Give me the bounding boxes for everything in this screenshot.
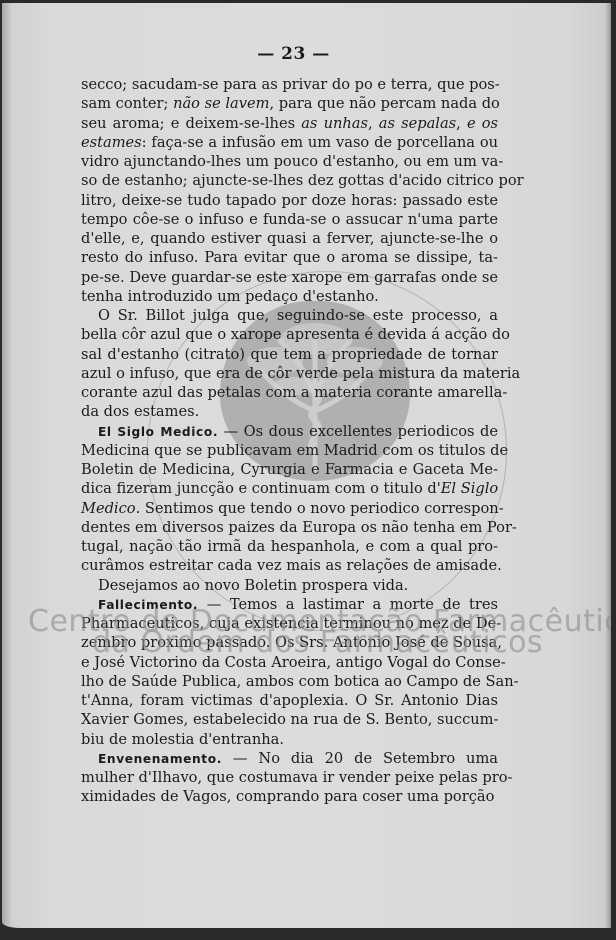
text-run: bella côr azul que o xarope apresenta é … <box>81 326 510 343</box>
article-body: secco; sacudam-se para as privar do po e… <box>81 75 498 807</box>
section-heading: Envenenamento. <box>98 752 222 766</box>
book-page: — 23 — secco; sacudam-se para as privar … <box>2 3 611 928</box>
text-run: mulher d'Ilhavo, que costumava ir vender… <box>81 769 512 786</box>
text-line: bella côr azul que o xarope apresenta é … <box>81 325 498 344</box>
text-line: Boletin de Medicina, Cyrurgia e Farmacia… <box>81 460 498 479</box>
text-run: — Os dous excellentes periodicos de <box>218 423 498 440</box>
text-run: sam conter; <box>81 95 173 112</box>
text-run: Medicina que se publicavam em Madrid com… <box>81 442 508 459</box>
text-run: pe-se. Deve guardar-se este xarope em ga… <box>81 269 498 286</box>
text-run: tenha introduzido um pedaço d'estanho. <box>81 288 379 305</box>
paragraph-boletin-wish: Desejamos ao novo Boletin prospera vida. <box>81 576 498 595</box>
text-run: , para que não percam nada do <box>269 95 499 112</box>
section-heading: El Siglo Medico. <box>98 425 218 439</box>
text-run: O Sr. Billot julga que, seguindo-se este… <box>98 307 498 324</box>
text-run: sal d'estanho (citrato) que tem a propri… <box>81 346 498 363</box>
text-line: t'Anna, foram victimas d'apoplexia. O Sr… <box>81 691 498 710</box>
text-line: Xavier Gomes, estabelecido na rua de S. … <box>81 710 498 729</box>
text-run: ximidades de Vagos, comprando para coser… <box>81 788 494 805</box>
page-edge-shadow <box>605 3 611 928</box>
text-run: dentes em diversos paizes da Europa os n… <box>81 519 517 536</box>
paragraph-envenenamento: Envenenamento. — No dia 20 de Setembro u… <box>81 749 498 807</box>
italic-text: as sepalas <box>379 115 456 132</box>
text-run: lho de Saúde Publica, ambos com botica a… <box>81 673 519 690</box>
text-line: Desejamos ao novo Boletin prospera vida. <box>81 576 498 595</box>
text-line: resto do infuso. Para evitar que o aroma… <box>81 248 498 267</box>
text-line: biu de molestia d'entranha. <box>81 730 498 749</box>
page-text: — 23 — secco; sacudam-se para as privar … <box>81 45 498 807</box>
text-line: Medico. Sentimos que tendo o novo period… <box>81 499 498 518</box>
text-line: sam conter; não se lavem, para que não p… <box>81 94 498 113</box>
text-line: sal d'estanho (citrato) que tem a propri… <box>81 345 498 364</box>
text-line: corante azul das petalas com a materia c… <box>81 383 498 402</box>
text-run: dica fizeram juncção e continuam com o t… <box>81 480 441 497</box>
text-run: litro, deixe-se tudo tapado por doze hor… <box>81 192 498 209</box>
italic-text: estames <box>81 134 142 151</box>
text-run: tempo côe-se o infuso e funda-se o assuc… <box>81 211 498 228</box>
text-line: secco; sacudam-se para as privar do po e… <box>81 75 498 94</box>
italic-text: as unhas <box>301 115 368 132</box>
text-line: lho de Saúde Publica, ambos com botica a… <box>81 672 498 691</box>
page-number: — 23 — <box>89 45 498 75</box>
text-line: d'elle, e, quando estiver quasi a ferver… <box>81 229 498 248</box>
watermark-text-line-2: da Ordem dos Farmacêuticos <box>92 625 543 660</box>
text-line: ximidades de Vagos, comprando para coser… <box>81 787 498 806</box>
italic-text: e os <box>467 115 498 132</box>
text-line: tenha introduzido um pedaço d'estanho. <box>81 287 498 306</box>
text-line: curâmos estreitar cada vez mais as relaç… <box>81 556 498 575</box>
text-line: vidro ajunctando-lhes um pouco d'estanho… <box>81 152 498 171</box>
italic-text: Medico <box>81 500 136 517</box>
text-line: litro, deixe-se tudo tapado por doze hor… <box>81 191 498 210</box>
italic-text: El Siglo <box>441 480 498 497</box>
text-line: tugal, nação tão irmã da hespanhola, e c… <box>81 537 498 556</box>
text-line: Medicina que se publicavam em Madrid com… <box>81 441 498 460</box>
text-run: vidro ajunctando-lhes um pouco d'estanho… <box>81 153 503 170</box>
text-run: so de estanho; ajuncte-se-lhes dez gotta… <box>81 172 524 189</box>
paragraph-recipe-continued: secco; sacudam-se para as privar do po e… <box>81 75 498 306</box>
text-run: secco; sacudam-se para as privar do po e… <box>81 76 500 93</box>
text-line: O Sr. Billot julga que, seguindo-se este… <box>81 306 498 325</box>
page-gutter-shadow <box>2 3 12 928</box>
text-line: El Siglo Medico. — Os dous excellentes p… <box>81 422 498 441</box>
text-run: corante azul das petalas com a materia c… <box>81 384 507 401</box>
text-run: azul o infuso, que era de côr verde pela… <box>81 365 520 382</box>
text-run: biu de molestia d'entranha. <box>81 731 284 748</box>
text-line: mulher d'Ilhavo, que costumava ir vender… <box>81 768 498 787</box>
text-run: — No dia 20 de Setembro uma <box>222 750 498 767</box>
text-run: , <box>456 115 467 132</box>
italic-text: não se lavem <box>173 95 269 112</box>
text-line: Envenenamento. — No dia 20 de Setembro u… <box>81 749 498 768</box>
text-run: curâmos estreitar cada vez mais as relaç… <box>81 557 502 574</box>
text-line: estames: faça-se a infusão em um vaso de… <box>81 133 498 152</box>
scanned-page-background: — 23 — secco; sacudam-se para as privar … <box>0 0 616 940</box>
text-run: Xavier Gomes, estabelecido na rua de S. … <box>81 711 498 728</box>
paragraph-el-siglo-medico: El Siglo Medico. — Os dous excellentes p… <box>81 422 498 576</box>
text-run: Desejamos ao novo Boletin prospera vida. <box>98 577 408 594</box>
text-line: dentes em diversos paizes da Europa os n… <box>81 518 498 537</box>
paragraph-billot: O Sr. Billot julga que, seguindo-se este… <box>81 306 498 422</box>
text-run: da dos estames. <box>81 403 199 420</box>
text-line: dica fizeram juncção e continuam com o t… <box>81 479 498 498</box>
text-run: t'Anna, foram victimas d'apoplexia. O Sr… <box>81 692 498 709</box>
text-run: resto do infuso. Para evitar que o aroma… <box>81 249 498 266</box>
text-line: pe-se. Deve guardar-se este xarope em ga… <box>81 268 498 287</box>
text-line: seu aroma; e deixem-se-lhes as unhas, as… <box>81 114 498 133</box>
text-run: seu aroma; e deixem-se-lhes <box>81 115 301 132</box>
text-line: da dos estames. <box>81 402 498 421</box>
text-line: so de estanho; ajuncte-se-lhes dez gotta… <box>81 171 498 190</box>
text-line: azul o infuso, que era de côr verde pela… <box>81 364 498 383</box>
text-run: Boletin de Medicina, Cyrurgia e Farmacia… <box>81 461 498 478</box>
text-run: tugal, nação tão irmã da hespanhola, e c… <box>81 538 498 555</box>
text-run: : faça-se a infusão em um vaso de porcel… <box>142 134 498 151</box>
text-line: tempo côe-se o infuso e funda-se o assuc… <box>81 210 498 229</box>
text-run: . Sentimos que tendo o novo periodico co… <box>136 500 504 517</box>
text-run: , <box>368 115 379 132</box>
text-run: d'elle, e, quando estiver quasi a ferver… <box>81 230 498 247</box>
